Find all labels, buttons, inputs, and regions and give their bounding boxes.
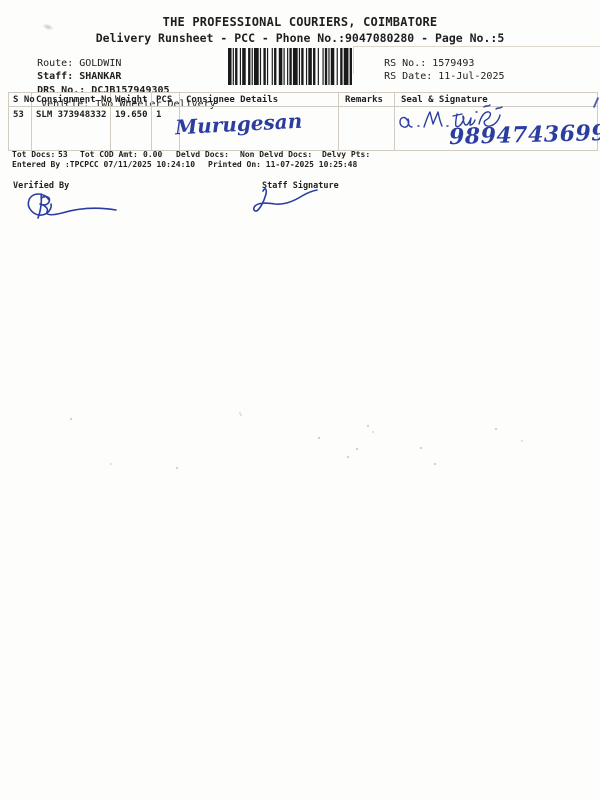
cell-remarks [339, 107, 395, 151]
col-header-pcs: PCS [152, 93, 180, 107]
audit-line: Entered By :TPCPCC 07/11/2025 10:24:10 P… [0, 160, 600, 170]
tot-cod-amt-label: Tot COD Amt: [80, 150, 138, 159]
col-header-consignee-details: Consignee Details [180, 93, 339, 107]
delvy-pts-label: Delvy Pts: [322, 150, 370, 159]
col-header-s-no: S No [9, 93, 32, 107]
consignment-table: S No Consignment No Weight PCS Consignee… [8, 92, 598, 151]
staff-signature [250, 186, 322, 216]
verified-by-signature [24, 189, 120, 223]
page-title: THE PROFESSIONAL COURIERS, COIMBATORE [0, 15, 600, 29]
entered-by-text: Entered By :TPCPCC 07/11/2025 10:24:10 [12, 160, 195, 169]
page-subtitle: Delivery Runsheet - PCC - Phone No.:9047… [0, 31, 600, 45]
delivery-runsheet-page: THE PROFESSIONAL COURIERS, COIMBATORE De… [0, 0, 600, 800]
col-header-weight: Weight [111, 93, 152, 107]
printed-on-text: Printed On: 11-07-2025 10:25:48 [208, 160, 357, 169]
tot-docs-label: Tot Docs: [12, 150, 55, 159]
non-delvd-docs-label: Non Delvd Docs: [240, 150, 312, 159]
cell-weight: 19.650 [111, 107, 152, 151]
cell-consignment-no: SLM 373948332 [32, 107, 111, 151]
rs-date-value: 11-Jul-2025 [438, 71, 504, 82]
table-row: 53 SLM 373948332 19.650 1 Murugesan [9, 107, 598, 151]
col-header-remarks: Remarks [339, 93, 395, 107]
rs-date-line: RS Date:11-Jul-2025 [360, 60, 505, 93]
delvd-docs-label: Delvd Docs: [176, 150, 229, 159]
cell-consignee-details: Murugesan [180, 107, 339, 151]
cell-s-no: 53 [9, 107, 32, 151]
summary-line: Tot Docs: 53 Tot COD Amt: 0.00 Delvd Doc… [0, 150, 600, 160]
rs-date-label: RS Date: [384, 71, 432, 82]
consignee-handwritten-name: Murugesan [174, 109, 302, 140]
barcode [228, 48, 352, 85]
tot-docs-value: 53 [58, 150, 68, 159]
cell-seal-signature: 9894743699 [395, 107, 598, 151]
col-header-consignment-no: Consignment No [32, 93, 111, 107]
tot-cod-amt-value: 0.00 [143, 150, 162, 159]
rs-box-left-border [353, 46, 354, 74]
seal-handwritten-phone: 9894743699 [449, 120, 600, 150]
